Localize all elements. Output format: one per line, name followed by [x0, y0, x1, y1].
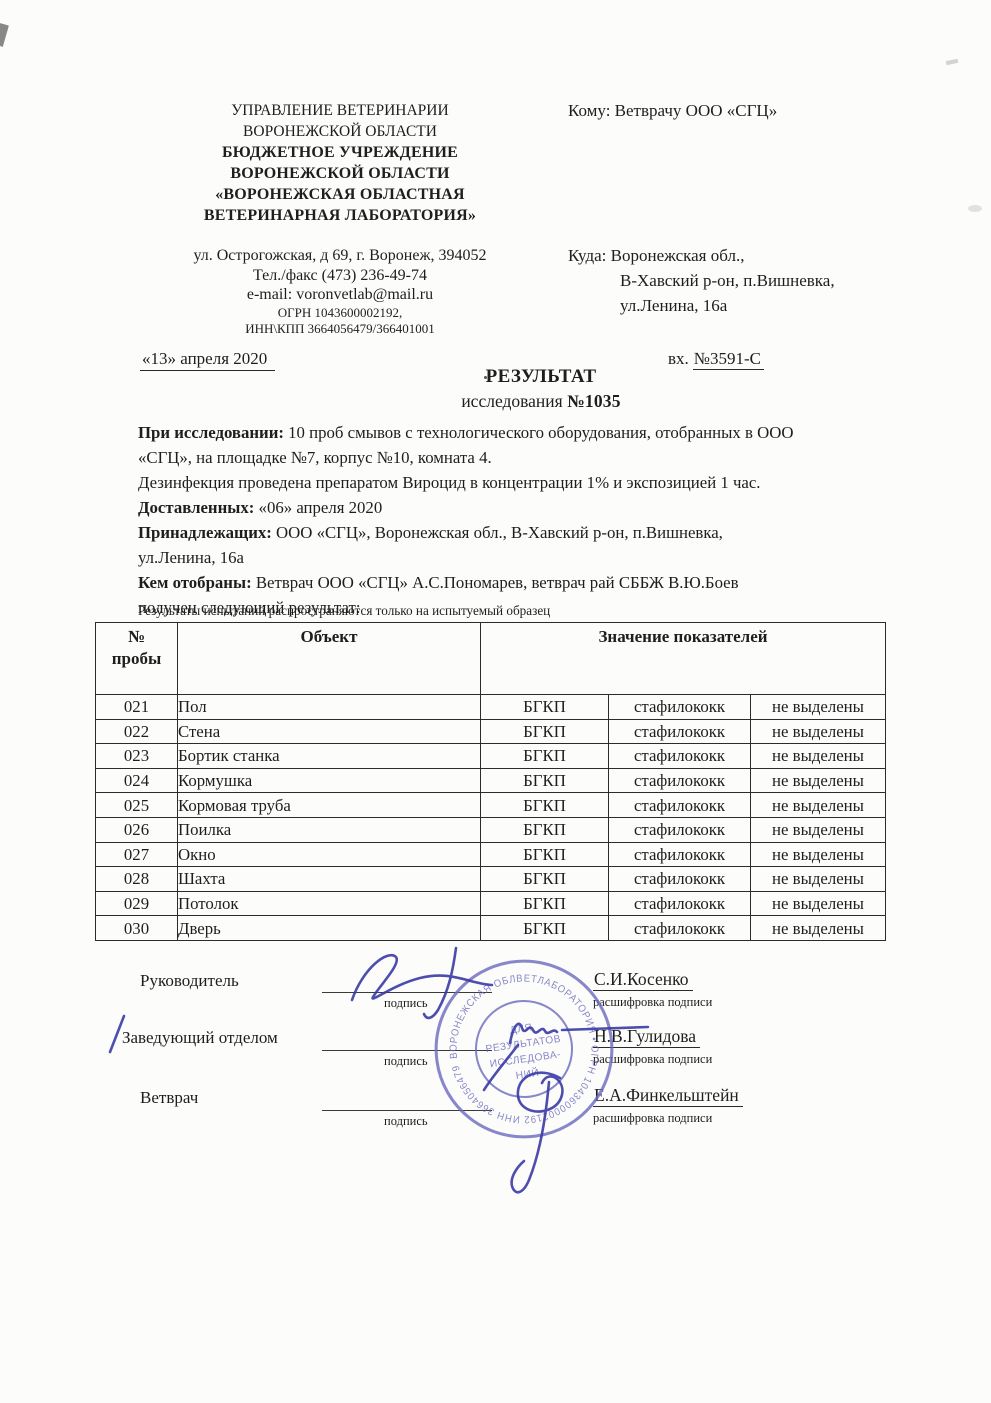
table-header-row: № пробы Объект Значение показателей — [96, 623, 886, 695]
table-cell: не выделены — [751, 695, 886, 720]
address-line: Тел./факс (473) 236-49-74 — [160, 266, 520, 286]
table-cell: стафилококк — [609, 916, 751, 941]
document-title: РЕЗУЛЬТАТ — [96, 366, 986, 388]
paragraph-research: При исследовании: 10 проб смывов с техно… — [138, 420, 932, 470]
table-cell: стафилококк — [609, 719, 751, 744]
org-line: ВОРОНЕЖСКОЙ ОБЛАСТИ — [160, 121, 520, 142]
org-line-bold: ВЕТЕРИНАРНАЯ ЛАБОРАТОРИЯ» — [160, 205, 520, 226]
table-cell: 026 — [96, 817, 178, 842]
paragraph-label: При исследовании: — [138, 423, 284, 442]
table-cell: 027 — [96, 842, 178, 867]
table-cell: БГКП — [481, 867, 609, 892]
table-cell: БГКП — [481, 891, 609, 916]
results-table: № пробы Объект Значение показателей 021П… — [95, 622, 886, 941]
table-row: 022СтенаБГКПстафилококкне выделены — [96, 719, 886, 744]
table-cell: Пол — [178, 695, 481, 720]
table-cell: БГКП — [481, 817, 609, 842]
ogrn-line: ОГРН 1043600002192, — [160, 305, 520, 322]
table-body: 021ПолБГКПстафилококкне выделены022Стена… — [96, 695, 886, 941]
org-line-bold: «ВОРОНЕЖСКАЯ ОБЛАСТНАЯ — [160, 184, 520, 205]
scan-artifact-dash — [946, 59, 959, 65]
table-cell: стафилококк — [609, 793, 751, 818]
table-cell: стафилококк — [609, 817, 751, 842]
table-cell: не выделены — [751, 842, 886, 867]
recipient-address: Куда: Воронежская обл., В-Хавский р-он, … — [568, 243, 960, 318]
table-cell: Шахта — [178, 867, 481, 892]
table-row: 028ШахтаБГКПстафилококкне выделены — [96, 867, 886, 892]
org-line-bold: ВОРОНЕЖСКОЙ ОБЛАСТИ — [160, 163, 520, 184]
paragraph-text: «06» апреля 2020 — [254, 498, 382, 517]
table-cell: стафилококк — [609, 695, 751, 720]
table-cell: Кормовая труба — [178, 793, 481, 818]
header-values: Значение показателей — [481, 623, 886, 695]
round-stamp-icon: ВОРОНЕЖСКАЯ ОБЛВЕТЛАБОРАТОРИЯ • ОГРН 104… — [418, 943, 630, 1155]
table-cell: БГКП — [481, 719, 609, 744]
inn-kpp-line: ИНН\КПП 3664056479/366401001 — [160, 321, 520, 338]
scanned-document-page: УПРАВЛЕНИЕ ВЕТЕРИНАРИИ ВОРОНЕЖСКОЙ ОБЛАС… — [0, 0, 991, 1403]
table-cell: стафилококк — [609, 891, 751, 916]
address-line: e-mail: voronvetlab@mail.ru — [160, 285, 520, 305]
scan-artifact-smudge — [968, 205, 982, 212]
table-cell: не выделены — [751, 891, 886, 916]
table-row: 029ПотолокБГКПстафилококкне выделены — [96, 891, 886, 916]
scan-artifact-corner — [0, 23, 9, 47]
table-cell: не выделены — [751, 744, 886, 769]
disclaimer-note: Результаты испытаний распространяются то… — [138, 603, 550, 619]
table-row: 027ОкноБГКПстафилококкне выделены — [96, 842, 886, 867]
table-cell: БГКП — [481, 842, 609, 867]
signature-caption: подпись — [384, 1114, 428, 1129]
table-cell: Дверь — [178, 916, 481, 941]
table-cell: не выделены — [751, 916, 886, 941]
address-line: ул. Острогожская, д 69, г. Воронеж, 3940… — [160, 246, 520, 266]
table-cell: БГКП — [481, 744, 609, 769]
table-cell: БГКП — [481, 695, 609, 720]
table-cell: не выделены — [751, 719, 886, 744]
table-cell: 030 — [96, 916, 178, 941]
signature-caption: подпись — [384, 1054, 428, 1069]
subtitle-prefix: исследования — [461, 391, 567, 411]
table-cell: стафилококк — [609, 867, 751, 892]
paragraph-delivered: Доставленных: «06» апреля 2020 — [138, 495, 932, 520]
stamp-center-line: НИЙ — [515, 1066, 540, 1082]
paragraph-label: Доставленных: — [138, 498, 254, 517]
header-object: Объект — [178, 623, 481, 695]
header-sample-number: № пробы — [96, 623, 178, 695]
table-cell: Стена — [178, 719, 481, 744]
table-cell: стафилококк — [609, 768, 751, 793]
table-cell: 029 — [96, 891, 178, 916]
paragraph-text: Дезинфекция проведена препаратом Вироцид… — [138, 473, 761, 492]
table-row: 025Кормовая трубаБГКПстафилококкне выдел… — [96, 793, 886, 818]
signature-role: Ветврач — [140, 1088, 198, 1108]
stamp-center-line: ДЛЯ — [509, 1022, 533, 1036]
table-row: 023Бортик станкаБГКПстафилококкне выделе… — [96, 744, 886, 769]
table-cell: БГКП — [481, 793, 609, 818]
table-cell: 028 — [96, 867, 178, 892]
table-cell: не выделены — [751, 768, 886, 793]
body-text: При исследовании: 10 проб смывов с техно… — [138, 420, 932, 620]
table-cell: Окно — [178, 842, 481, 867]
table-cell: БГКП — [481, 916, 609, 941]
table-row: 030ДверьБГКПстафилококкне выделены — [96, 916, 886, 941]
org-name-block: УПРАВЛЕНИЕ ВЕТЕРИНАРИИ ВОРОНЕЖСКОЙ ОБЛАС… — [160, 100, 520, 226]
table-cell: стафилококк — [609, 842, 751, 867]
table-row: 026ПоилкаБГКПстафилококкне выделены — [96, 817, 886, 842]
recipient-to: Кому: Ветврачу ООО «СГЦ» — [568, 101, 777, 121]
table-cell: не выделены — [751, 817, 886, 842]
org-line: УПРАВЛЕНИЕ ВЕТЕРИНАРИИ — [160, 100, 520, 121]
table-cell: Поилка — [178, 817, 481, 842]
org-line-bold: БЮДЖЕТНОЕ УЧРЕЖДЕНИЕ — [160, 142, 520, 163]
signature-role: Руководитель — [140, 971, 239, 991]
paragraph-owner: Принадлежащих: ООО «СГЦ», Воронежская об… — [138, 520, 932, 570]
study-number: №1035 — [567, 391, 621, 411]
table-row: 024КормушкаБГКПстафилококкне выделены — [96, 768, 886, 793]
table-cell: 021 — [96, 695, 178, 720]
table-cell: 023 — [96, 744, 178, 769]
table-cell: Потолок — [178, 891, 481, 916]
paragraph-disinfection: Дезинфекция проведена препаратом Вироцид… — [138, 470, 932, 495]
document-subtitle: исследования №1035 — [96, 391, 986, 412]
signature-role: Заведующий отделом — [122, 1028, 278, 1048]
table-row: 021ПолБГКПстафилококкне выделены — [96, 695, 886, 720]
paragraph-label: Кем отобраны: — [138, 573, 252, 592]
table-cell: не выделены — [751, 793, 886, 818]
org-address-block: ул. Острогожская, д 69, г. Воронеж, 3940… — [160, 246, 520, 338]
table-cell: БГКП — [481, 768, 609, 793]
paragraph-label: Принадлежащих: — [138, 523, 272, 542]
table-cell: 025 — [96, 793, 178, 818]
table-cell: стафилококк — [609, 744, 751, 769]
table-cell: Бортик станка — [178, 744, 481, 769]
table-cell: 024 — [96, 768, 178, 793]
table-cell: 022 — [96, 719, 178, 744]
table-cell: не выделены — [751, 867, 886, 892]
table-cell: Кормушка — [178, 768, 481, 793]
